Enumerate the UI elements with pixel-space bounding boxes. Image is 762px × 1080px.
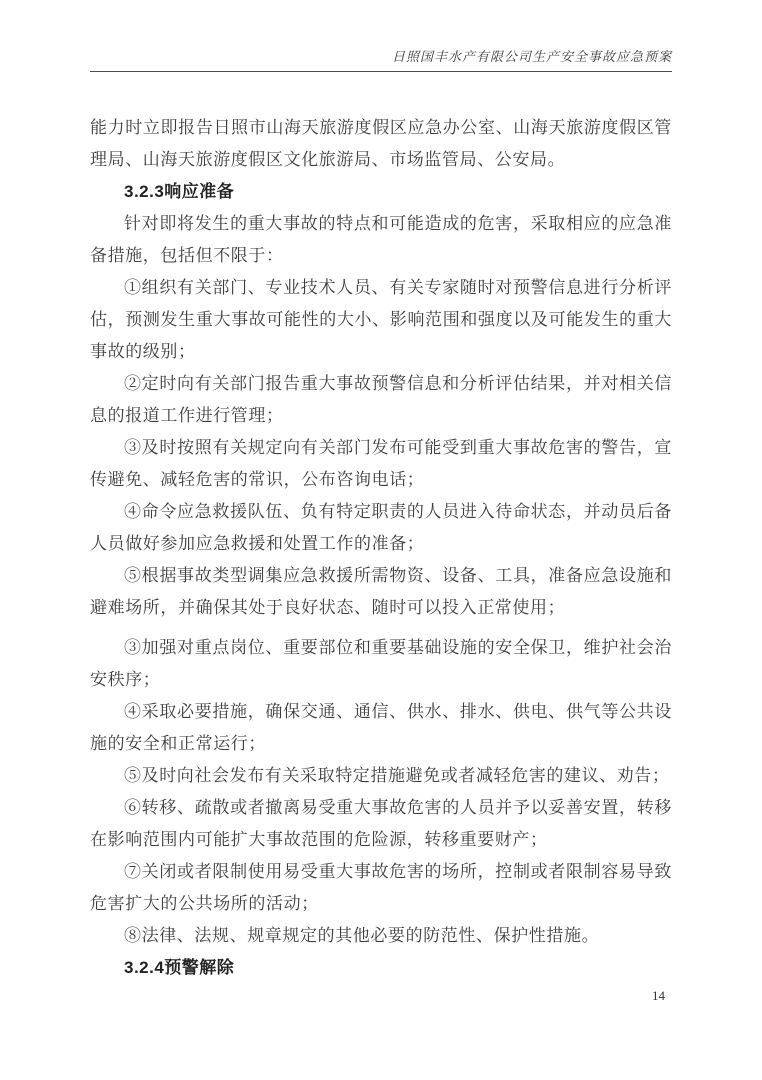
document-body: 能力时立即报告日照市山海天旅游度假区应急办公室、山海天旅游度假区管理局、山海天旅… [90, 112, 672, 984]
running-header-title: 日照国丰水产有限公司生产安全事故应急预案 [392, 49, 672, 64]
section-heading-3-2-3: 3.2.3响应准备 [90, 176, 672, 208]
list-item-6: ⑥转移、疏散或者撤离易受重大事故危害的人员并予以妥善安置，转移在影响范围内可能扩… [90, 792, 672, 856]
section-heading-3-2-4: 3.2.4预警解除 [90, 952, 672, 984]
list-item-8: ⑧法律、法规、规章规定的其他必要的防范性、保护性措施。 [90, 920, 672, 952]
list-item-2: ②定时向有关部门报告重大事故预警信息和分析评估结果，并对相关信息的报道工作进行管… [90, 368, 672, 432]
list-item-5b: ⑤及时向社会发布有关采取特定措施避免或者减轻危害的建议、劝告； [90, 760, 672, 792]
paragraph-intro: 针对即将发生的重大事故的特点和可能造成的危害，采取相应的应急准备措施，包括但不限… [90, 208, 672, 272]
document-page: 日照国丰水产有限公司生产安全事故应急预案 能力时立即报告日照市山海天旅游度假区应… [0, 0, 762, 1080]
list-item-5: ⑤根据事故类型调集应急救援所需物资、设备、工具，准备应急设施和避难场所，并确保其… [90, 560, 672, 624]
list-item-4b: ④采取必要措施，确保交通、通信、供水、排水、供电、供气等公共设施的安全和正常运行… [90, 696, 672, 760]
list-item-3: ③及时按照有关规定向有关部门发布可能受到重大事故危害的警告，宣传避免、减轻危害的… [90, 432, 672, 496]
paragraph-continuation: 能力时立即报告日照市山海天旅游度假区应急办公室、山海天旅游度假区管理局、山海天旅… [90, 112, 672, 176]
list-item-4: ④命令应急救援队伍、负有特定职责的人员进入待命状态，并动员后备人员做好参加应急救… [90, 496, 672, 560]
list-item-7: ⑦关闭或者限制使用易受重大事故危害的场所，控制或者限制容易导致危害扩大的公共场所… [90, 856, 672, 920]
running-header: 日照国丰水产有限公司生产安全事故应急预案 [90, 46, 672, 72]
list-item-3b: ③加强对重点岗位、重要部位和重要基础设施的安全保卫，维护社会治安秩序； [90, 632, 672, 696]
page-number: 14 [652, 988, 665, 1004]
list-item-1: ①组织有关部门、专业技术人员、有关专家随时对预警信息进行分析评估，预测发生重大事… [90, 272, 672, 368]
